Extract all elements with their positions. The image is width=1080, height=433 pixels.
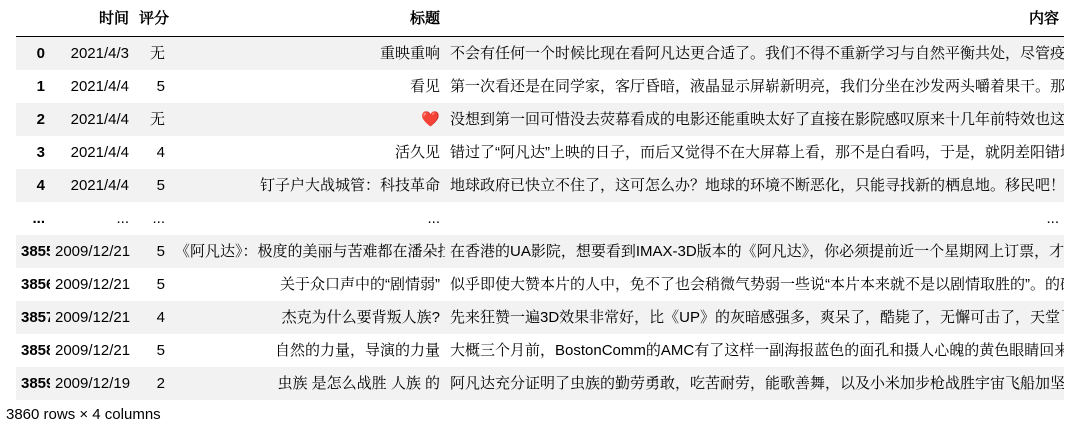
table-row-ellipsis: ... ... ... ... ...: [16, 202, 1064, 235]
cell-content: 错过了“阿凡达”上映的日子，而后又觉得不在大屏幕上看，那不是白看吗，于是，就阴差…: [445, 136, 1064, 169]
cell-index: 3856: [16, 268, 50, 301]
cell-index: 0: [16, 37, 50, 71]
cell-content: 似乎即使大赞本片的人中，免不了也会稍微气势弱一些说“本片本来就不是以剧情取胜的”…: [445, 268, 1064, 301]
cell-time: 2009/12/21: [50, 268, 134, 301]
column-header-index: [16, 0, 50, 37]
table-row: 3857 2009/12/21 4 杰克为什么要背叛人族? 先来狂赞一遍3D效果…: [16, 301, 1064, 334]
cell-time: 2021/4/4: [50, 169, 134, 202]
cell-content: 在香港的UA影院，想要看到IMAX-3D版本的《阿凡达》，你必须提前近一个星期网…: [445, 235, 1064, 268]
table-row: 2 2021/4/4 无 ❤️ 没想到第一回可惜没去荧幕看成的电影还能重映太好了…: [16, 103, 1064, 136]
dataframe-shape: 3860 rows × 4 columns: [6, 405, 1074, 425]
cell-rating: 4: [134, 136, 170, 169]
cell-rating: 5: [134, 334, 170, 367]
cell-time: 2021/4/4: [50, 103, 134, 136]
cell-content: 先来狂赞一遍3D效果非常好，比《UP》的灰暗感强多，爽呆了，酷毙了，无懈可击了，…: [445, 301, 1064, 334]
cell-index: 1: [16, 70, 50, 103]
header-row: 时间 评分 标题 内容: [16, 0, 1064, 37]
table-row: 0 2021/4/3 无 重映重响 不会有任何一个时候比现在看阿凡达更合适了。我…: [16, 37, 1064, 71]
cell-rating: 无: [134, 103, 170, 136]
cell-title: 《阿凡达》：极度的美丽与苦难都在潘朵拉: [170, 235, 445, 268]
table-row: 1 2021/4/4 5 看见 第一次看还是在同学家，客厅昏暗，液晶显示屏崭新明…: [16, 70, 1064, 103]
column-header-title: 标题: [170, 0, 445, 37]
cell-title: 活久见: [170, 136, 445, 169]
cell-rating: 无: [134, 37, 170, 71]
cell-time: 2021/4/4: [50, 136, 134, 169]
cell-time: 2009/12/21: [50, 334, 134, 367]
cell-time: 2009/12/21: [50, 235, 134, 268]
cell-title: 虫族 是怎么战胜 人族 的: [170, 367, 445, 400]
cell-index: 3858: [16, 334, 50, 367]
table-row: 3858 2009/12/21 5 自然的力量，导演的力量 大概三个月前，Bos…: [16, 334, 1064, 367]
cell-index: ...: [16, 202, 50, 235]
cell-title: 看见: [170, 70, 445, 103]
cell-title: 钉子户大战城管：科技革命: [170, 169, 445, 202]
cell-index: 4: [16, 169, 50, 202]
cell-rating: ...: [134, 202, 170, 235]
table-body: 0 2021/4/3 无 重映重响 不会有任何一个时候比现在看阿凡达更合适了。我…: [16, 37, 1064, 401]
cell-time: 2009/12/21: [50, 301, 134, 334]
cell-index: 3: [16, 136, 50, 169]
table-row: 4 2021/4/4 5 钉子户大战城管：科技革命 地球政府已快立不住了，这可怎…: [16, 169, 1064, 202]
cell-title: 关于众口声中的“剧情弱”: [170, 268, 445, 301]
column-header-rating: 评分: [134, 0, 170, 37]
cell-content: 不会有任何一个时候比现在看阿凡达更合适了。我们不得不重新学习与自然平衡共处，尽管…: [445, 37, 1064, 71]
cell-content: 地球政府已快立不住了，这可怎么办？地球的环境不断恶化，只能寻找新的栖息地。移民吧…: [445, 169, 1064, 202]
cell-rating: 5: [134, 235, 170, 268]
cell-content: ...: [445, 202, 1064, 235]
table-row: 3855 2009/12/21 5 《阿凡达》：极度的美丽与苦难都在潘朵拉 在香…: [16, 235, 1064, 268]
cell-time: 2021/4/4: [50, 70, 134, 103]
column-header-time: 时间: [50, 0, 134, 37]
cell-content: 阿凡达充分证明了虫族的勤劳勇敢，吃苦耐劳，能歌善舞，以及小米加步枪战胜宇宙飞船加…: [445, 367, 1064, 400]
cell-time: 2021/4/3: [50, 37, 134, 71]
table-row: 3856 2009/12/21 5 关于众口声中的“剧情弱” 似乎即使大赞本片的…: [16, 268, 1064, 301]
cell-index: 3855: [16, 235, 50, 268]
cell-title: 杰克为什么要背叛人族?: [170, 301, 445, 334]
cell-rating: 5: [134, 169, 170, 202]
cell-rating: 5: [134, 268, 170, 301]
table-header: 时间 评分 标题 内容: [16, 0, 1064, 37]
cell-rating: 2: [134, 367, 170, 400]
cell-time: ...: [50, 202, 134, 235]
column-header-content: 内容: [445, 0, 1064, 37]
reviews-table: 时间 评分 标题 内容 0 2021/4/3 无 重映重响 不会有任何一个时候比…: [16, 0, 1064, 400]
cell-rating: 5: [134, 70, 170, 103]
cell-title: ...: [170, 202, 445, 235]
dataframe-output: 时间 评分 标题 内容 0 2021/4/3 无 重映重响 不会有任何一个时候比…: [0, 0, 1080, 425]
cell-title: 重映重响: [170, 37, 445, 71]
cell-index: 3857: [16, 301, 50, 334]
cell-content: 没想到第一回可惜没去荧幕看成的电影还能重映太好了直接在影院感叹原来十几年前特效也…: [445, 103, 1064, 136]
cell-rating: 4: [134, 301, 170, 334]
cell-index: 3859: [16, 367, 50, 400]
cell-content: 大概三个月前，BostonComm的AMC有了这样一副海报蓝色的面孔和摄人心魄的…: [445, 334, 1064, 367]
table-row: 3859 2009/12/19 2 虫族 是怎么战胜 人族 的 阿凡达充分证明了…: [16, 367, 1064, 400]
cell-title: 自然的力量，导演的力量: [170, 334, 445, 367]
cell-index: 2: [16, 103, 50, 136]
cell-time: 2009/12/19: [50, 367, 134, 400]
cell-title-heart-icon: ❤️: [170, 103, 445, 136]
cell-content: 第一次看还是在同学家，客厅昏暗，液晶显示屏崭新明亮，我们分坐在沙发两头嚼着果干。…: [445, 70, 1064, 103]
table-row: 3 2021/4/4 4 活久见 错过了“阿凡达”上映的日子，而后又觉得不在大屏…: [16, 136, 1064, 169]
